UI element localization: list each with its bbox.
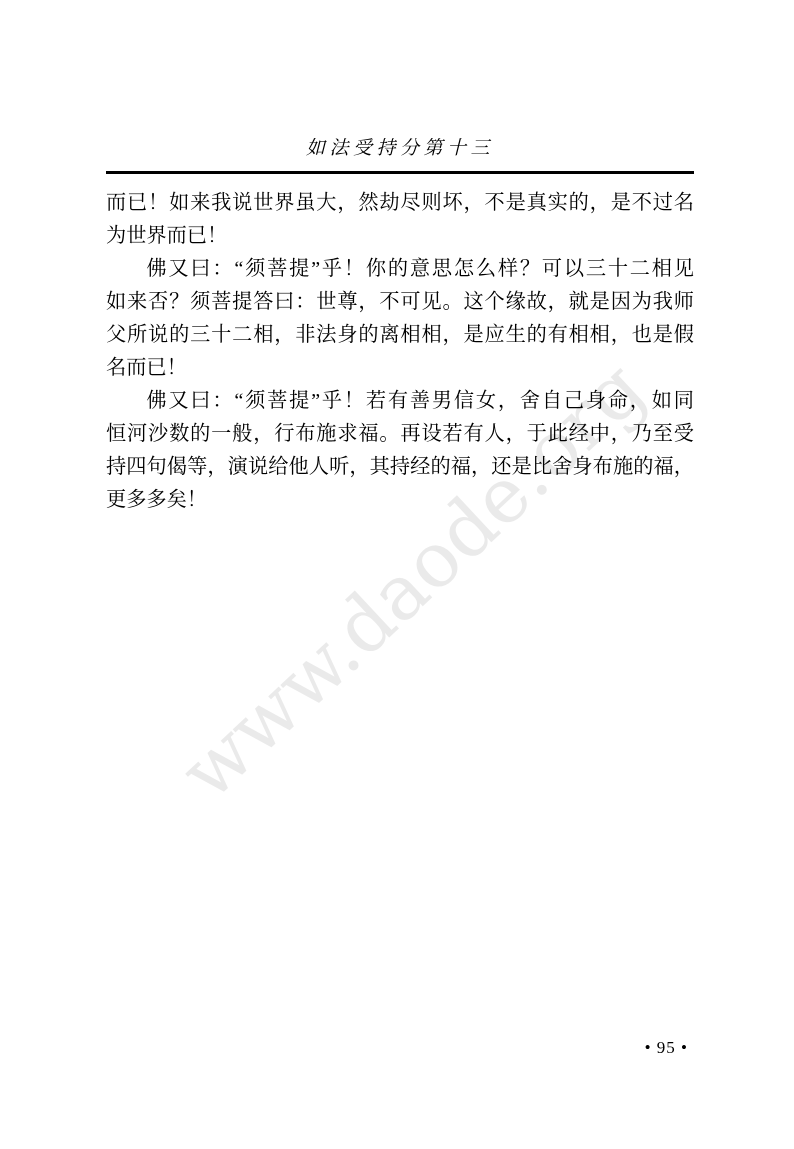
- body-text: 而已！如来我说世界虽大，然劫尽则坏，不是真实的，是不过名为世界而已！佛又曰：“须…: [106, 187, 694, 517]
- body-line: 更多多矣！: [106, 484, 694, 517]
- book-page: www.daode.org 如法受持分第十三 而已！如来我说世界虽大，然劫尽则坏…: [0, 0, 794, 1149]
- header-rule: [106, 171, 694, 174]
- body-line: 父所说的三十二相，非法身的离相相，是应生的有相相，也是假: [106, 319, 694, 352]
- body-line: 持四句偈等，演说给他人听，其持经的福，还是比舍身布施的福，: [106, 451, 694, 484]
- body-line: 而已！如来我说世界虽大，然劫尽则坏，不是真实的，是不过名: [106, 187, 694, 220]
- body-line: 佛又曰：“须菩提”乎！若有善男信女，舍自己身命，如同: [106, 385, 694, 418]
- body-line: 如来否？须菩提答曰：世尊，不可见。这个缘故，就是因为我师: [106, 286, 694, 319]
- page-number: • 95 •: [106, 1038, 694, 1058]
- chapter-title: 如法受持分第十三: [106, 136, 694, 162]
- body-line: 为世界而已！: [106, 220, 694, 253]
- body-line: 佛又曰：“须菩提”乎！你的意思怎么样？可以三十二相见: [106, 253, 694, 286]
- body-line: 名而已！: [106, 352, 694, 385]
- body-line: 恒河沙数的一般，行布施求福。再设若有人，于此经中，乃至受: [106, 418, 694, 451]
